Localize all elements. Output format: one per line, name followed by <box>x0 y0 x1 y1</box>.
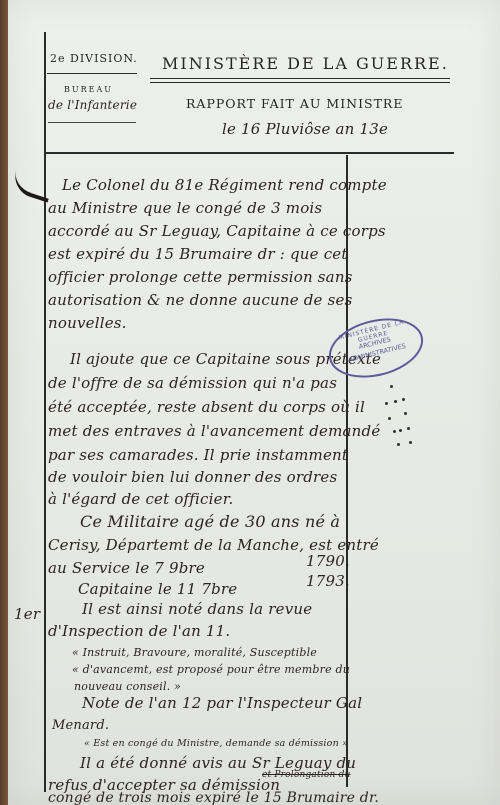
body-line: d'Inspection de l'an 11. <box>48 622 230 640</box>
body-line: de l'offre de sa démission qui n'a pas <box>48 374 337 392</box>
ministry-title: MINISTÈRE DE LA GUERRE. <box>162 54 449 73</box>
captain-year: 1793. <box>306 572 350 590</box>
body-line: « Est en congé du Ministre, demande sa d… <box>84 738 348 749</box>
body-line: Ce Militaire agé de 30 ans né à <box>80 512 340 531</box>
body-line: au Ministre que le congé de 3 mois <box>48 199 322 217</box>
body-line: été acceptée, reste absent du corps où i… <box>48 398 365 416</box>
body-line: Menard. <box>52 718 109 733</box>
division-underline <box>47 73 137 74</box>
left-margin-rule <box>44 32 46 792</box>
body-line: Note de l'an 12 par l'Inspecteur Gal <box>82 694 362 712</box>
struck-text: et Prolongation du <box>262 770 351 780</box>
header-bottom-rule <box>46 152 454 154</box>
body-line: nouveau conseil. » <box>74 680 181 693</box>
body-line: Capitaine le 11 7bre <box>78 580 237 598</box>
body-line: de vouloir bien lui donner des ordres <box>48 468 337 486</box>
body-line: accordé au Sr Leguay, Capitaine à ce cor… <box>48 222 386 240</box>
body-line: par ses camarades. Il prie instamment <box>48 446 348 464</box>
body-line: « Instruit, Bravoure, moralité, Suscepti… <box>72 646 317 659</box>
report-title: RAPPORT FAIT AU MINISTRE <box>186 96 403 111</box>
body-line: « d'avancemt, est proposé pour être memb… <box>72 663 350 676</box>
body-line: nouvelles. <box>48 314 127 332</box>
body-line: Il est ainsi noté dans la revue <box>82 600 312 618</box>
body-line: officier prolonge cette permission sans <box>48 268 353 286</box>
body-line: met des entraves à l'avancement demandé <box>48 422 380 440</box>
ministry-double-rule-bottom <box>150 82 450 83</box>
bureau-label: BUREAU <box>64 85 113 94</box>
body-line: Le Colonel du 81e Régiment rend compte <box>62 176 387 194</box>
body-line: au Service le 7 9bre <box>48 559 205 577</box>
report-date: le 16 Pluviôse an 13e <box>222 120 388 138</box>
service-year: 1790. <box>306 552 350 570</box>
bureau-value: de l'Infanterie <box>48 98 137 112</box>
division-label: 2e DIVISION. <box>50 52 138 65</box>
ministry-double-rule-top <box>150 78 450 79</box>
bureau-flourish <box>48 122 136 123</box>
body-line: autorisation & ne donne aucune de ses <box>48 291 352 309</box>
body-line: congé de trois mois expiré le 15 Brumair… <box>48 790 379 805</box>
page-edge-background <box>0 0 8 805</box>
body-line: est expiré du 15 Brumaire dr : que cet <box>48 245 348 263</box>
margin-note: 1er <box>14 605 40 623</box>
body-line: à l'égard de cet officier. <box>48 490 233 508</box>
